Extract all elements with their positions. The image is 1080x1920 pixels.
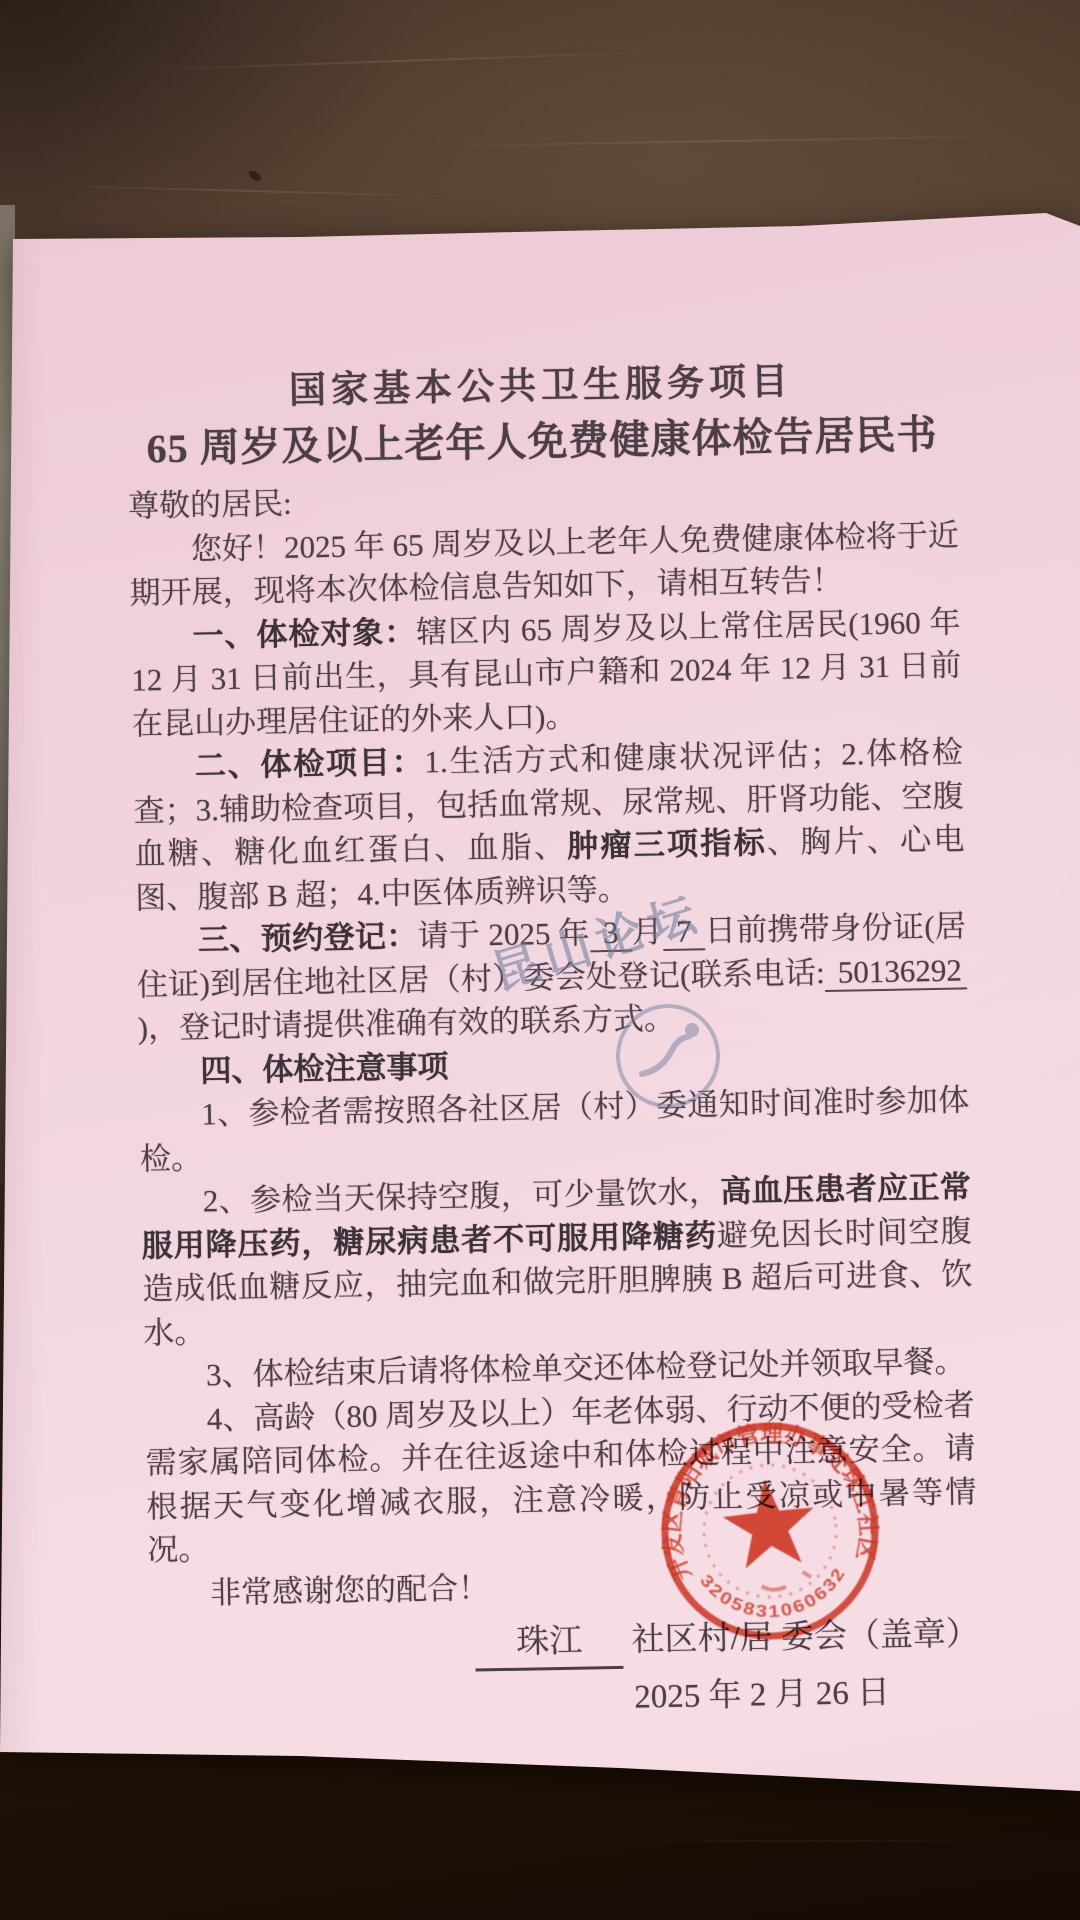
paragraph: 2、参检当天保持空腹，可少量饮水，高血压患者应正常服用降压药，糖尿病患者不可服用…	[140, 1165, 973, 1354]
body-text: 您好！2025 年 65 周岁及以上老年人免费健康体检将于近期开展，现将本次体检…	[129, 517, 959, 611]
body-text: 2、参检当天保持空腹，可少量饮水，	[203, 1174, 721, 1218]
bold-text: 一、体检对象：	[192, 614, 416, 653]
seal-emblem-mark	[762, 1584, 786, 1591]
paragraph: 二、体检项目：1.生活方式和健康状况评估；2.体格检查；3.辅助检查项目，包括血…	[133, 730, 966, 919]
paragraph: 您好！2025 年 65 周岁及以上老年人免费健康体检将于近期开展，现将本次体检…	[129, 513, 960, 615]
paragraph: 一、体检对象：辖区内 65 周岁及以上常住居民(1960 年 12 月 31 日…	[130, 600, 962, 746]
body-text: 1、参检者需按照各社区居（村）委通知时间准时参加体检。	[140, 1082, 970, 1176]
body-text: )，登记时请提供准确有效的联系方式。	[137, 1001, 675, 1046]
signature-blank: 珠江	[475, 1616, 624, 1672]
seal-star-icon	[719, 1475, 819, 1571]
underlined-blank: 50136292	[824, 952, 967, 992]
paragraph: 1、参检者需按照各社区居（村）委通知时间准时参加体检。	[139, 1078, 970, 1180]
bold-text: 三、预约登记：	[198, 918, 418, 957]
bold-text: 四、体检注意事项	[200, 1048, 449, 1088]
body-text: 非常感谢您的配合！	[210, 1570, 490, 1610]
bold-text: 二、体检项目：	[195, 744, 425, 783]
bold-text: 肿瘤三项指标	[567, 825, 767, 864]
official-seal: 开发区青阳城市管理办事处珠江社区居民委员会 3205831060632	[636, 1397, 904, 1665]
notice-title-line2: 65 周岁及以上老年人免费健康体检告居民书	[127, 408, 958, 477]
seal-emblem-mark	[802, 1571, 811, 1578]
forum-watermark-logo-icon	[612, 1000, 724, 1112]
